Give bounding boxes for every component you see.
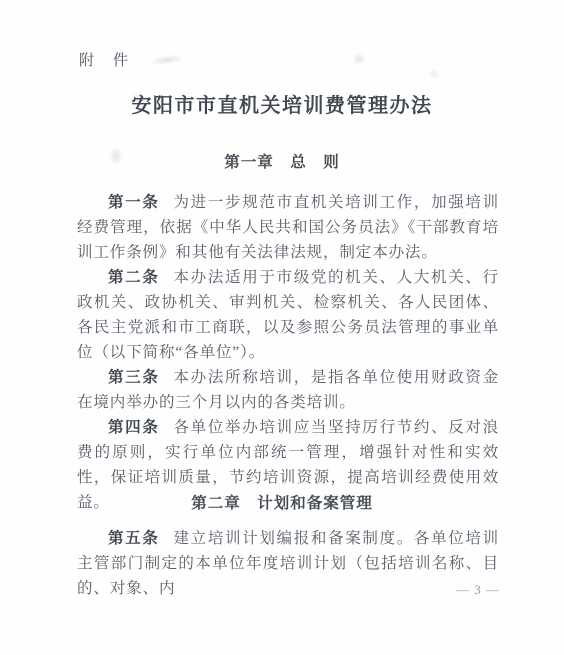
scan-smudge: [349, 49, 368, 68]
chapter-1-body: 第一条为进一步规范市直机关培训工作，加强培训经费管理，依据《中华人民共和国公务员…: [77, 190, 499, 515]
article-3-number: 第三条: [108, 369, 160, 386]
article-5-number: 第五条: [108, 530, 160, 547]
article-1: 第一条为进一步规范市直机关培训工作，加强培训经费管理，依据《中华人民共和国公务员…: [77, 190, 499, 265]
document-title: 安阳市市直机关培训费管理办法: [0, 89, 564, 118]
scan-smudge: [428, 68, 440, 80]
article-1-number: 第一条: [108, 194, 160, 211]
chapter-2-body: 第五条建立培训计划编报和备案制度。各单位培训主管部门制定的本单位年度培训计划（包…: [77, 526, 499, 601]
article-3: 第三条本办法所称培训，是指各单位使用财政资金在境内举办的三个月以内的各类培训。: [77, 365, 499, 415]
attachment-label: 附 件: [79, 49, 130, 70]
scan-smudge: [149, 53, 184, 68]
article-2: 第二条本办法适用于市级党的机关、人大机关、行政机关、政协机关、审判机关、检察机关…: [77, 265, 499, 365]
scanned-document-page: 附 件 安阳市市直机关培训费管理办法 第一章 总 则 第一条为进一步规范市直机关…: [0, 0, 564, 655]
article-2-number: 第二条: [108, 269, 160, 286]
article-5: 第五条建立培训计划编报和备案制度。各单位培训主管部门制定的本单位年度培训计划（包…: [77, 526, 499, 601]
page-number: — 3 —: [456, 582, 500, 598]
chapter-2-heading: 第二章 计划和备案管理: [0, 491, 564, 513]
chapter-1-heading: 第一章 总 则: [0, 150, 564, 172]
article-4-number: 第四条: [108, 419, 160, 436]
